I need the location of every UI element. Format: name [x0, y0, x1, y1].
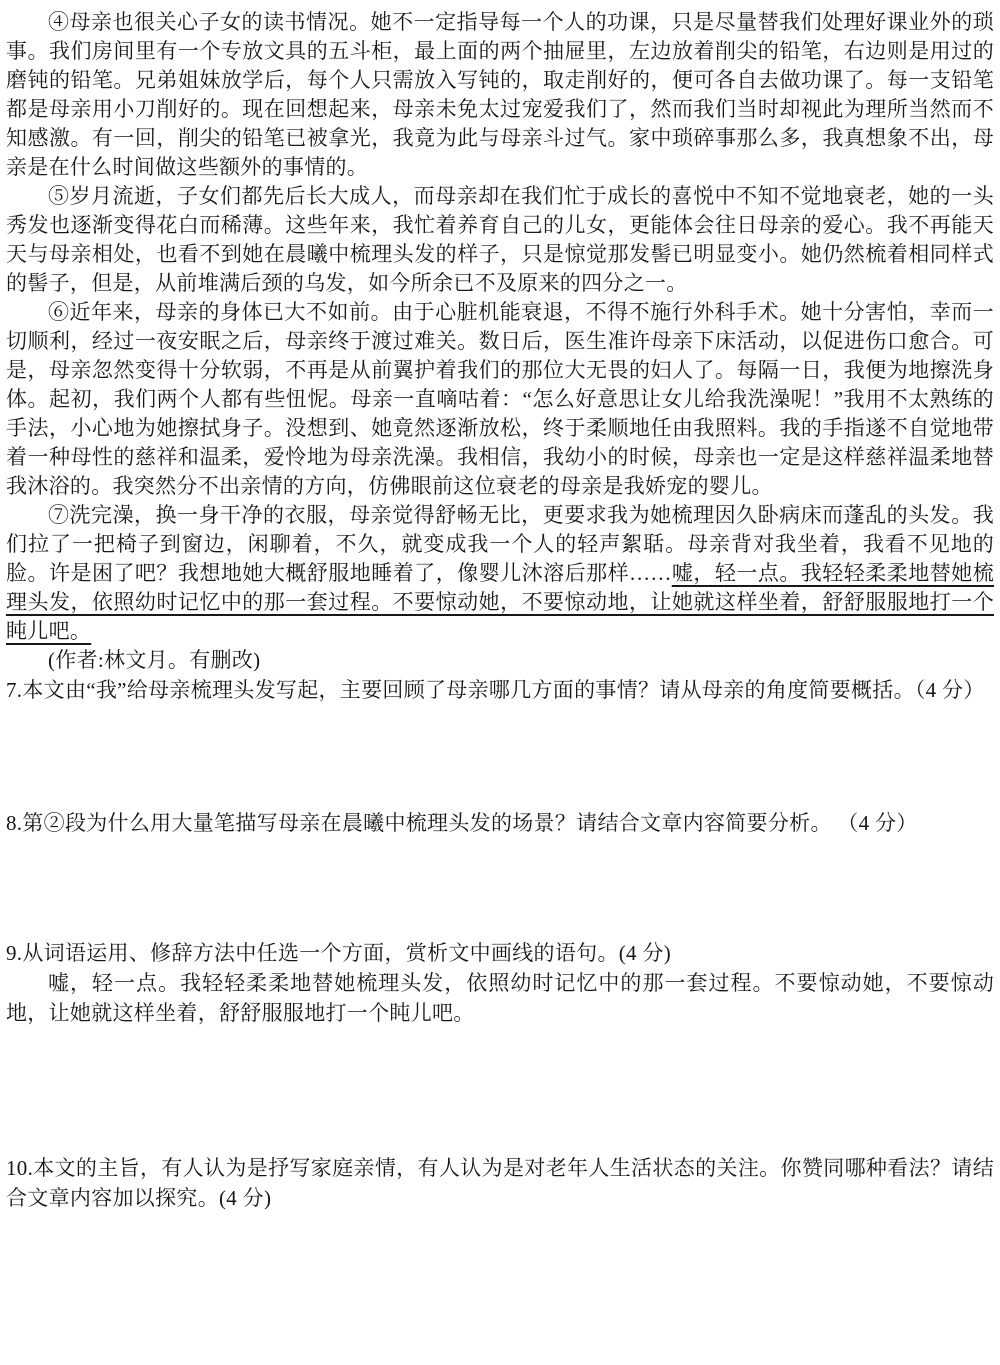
question-7: 7.本文由“我”给母亲梳理头发写起，主要回顾了母亲哪几方面的事情？请从母亲的角度… — [6, 675, 994, 705]
passage-paragraph-4: ④母亲也很关心子女的读书情况。她不一定指导每一个人的功课，只是尽量替我们处理好课… — [6, 8, 994, 182]
question-9-block: 9.从词语运用、修辞方法中任选一个方面，赏析文中画线的语句。(4 分) 嘘，轻一… — [6, 938, 994, 1028]
author-attribution: (作者:林文月。有删改) — [6, 646, 994, 675]
question-8: 8.第②段为什么用大量笔描写母亲在晨曦中梳理头发的场景？请结合文章内容简要分析。… — [6, 808, 994, 838]
question-section: 7.本文由“我”给母亲梳理头发写起，主要回顾了母亲哪几方面的事情？请从母亲的角度… — [6, 675, 994, 1213]
question-10: 10.本文的主旨，有人认为是抒写家庭亲情，有人认为是对老年人生活状态的关注。你赞… — [6, 1153, 994, 1213]
paragraph-6-text: ⑥近年来，母亲的身体已大不如前。由于心脏机能衰退，不得不施行外科手术。她十分害怕… — [6, 300, 994, 498]
passage-paragraph-5: ⑤岁月流逝，子女们都先后长大成人，而母亲却在我们忙于成长的喜悦中不知不觉地衰老，… — [6, 182, 994, 298]
exam-page: ④母亲也很关心子女的读书情况。她不一定指导每一个人的功课，只是尽量替我们处理好课… — [0, 0, 1000, 1365]
question-9-quote: 嘘，轻一点。我轻轻柔柔地替她梳理头发，依照幼时记忆中的那一套过程。不要惊动她，不… — [6, 968, 994, 1028]
paragraph-5-text: ⑤岁月流逝，子女们都先后长大成人，而母亲却在我们忙于成长的喜悦中不知不觉地衰老，… — [6, 184, 994, 295]
question-9: 9.从词语运用、修辞方法中任选一个方面，赏析文中画线的语句。(4 分) — [6, 938, 994, 968]
passage-paragraph-6: ⑥近年来，母亲的身体已大不如前。由于心脏机能衰退，不得不施行外科手术。她十分害怕… — [6, 298, 994, 501]
paragraph-4-text: ④母亲也很关心子女的读书情况。她不一定指导每一个人的功课，只是尽量替我们处理好课… — [6, 10, 994, 179]
passage-paragraph-7: ⑦洗完澡，换一身干净的衣服，母亲觉得舒畅无比，更要求我为她梳理因久卧病床而蓬乱的… — [6, 501, 994, 646]
reading-passage: ④母亲也很关心子女的读书情况。她不一定指导每一个人的功课，只是尽量替我们处理好课… — [6, 8, 994, 675]
